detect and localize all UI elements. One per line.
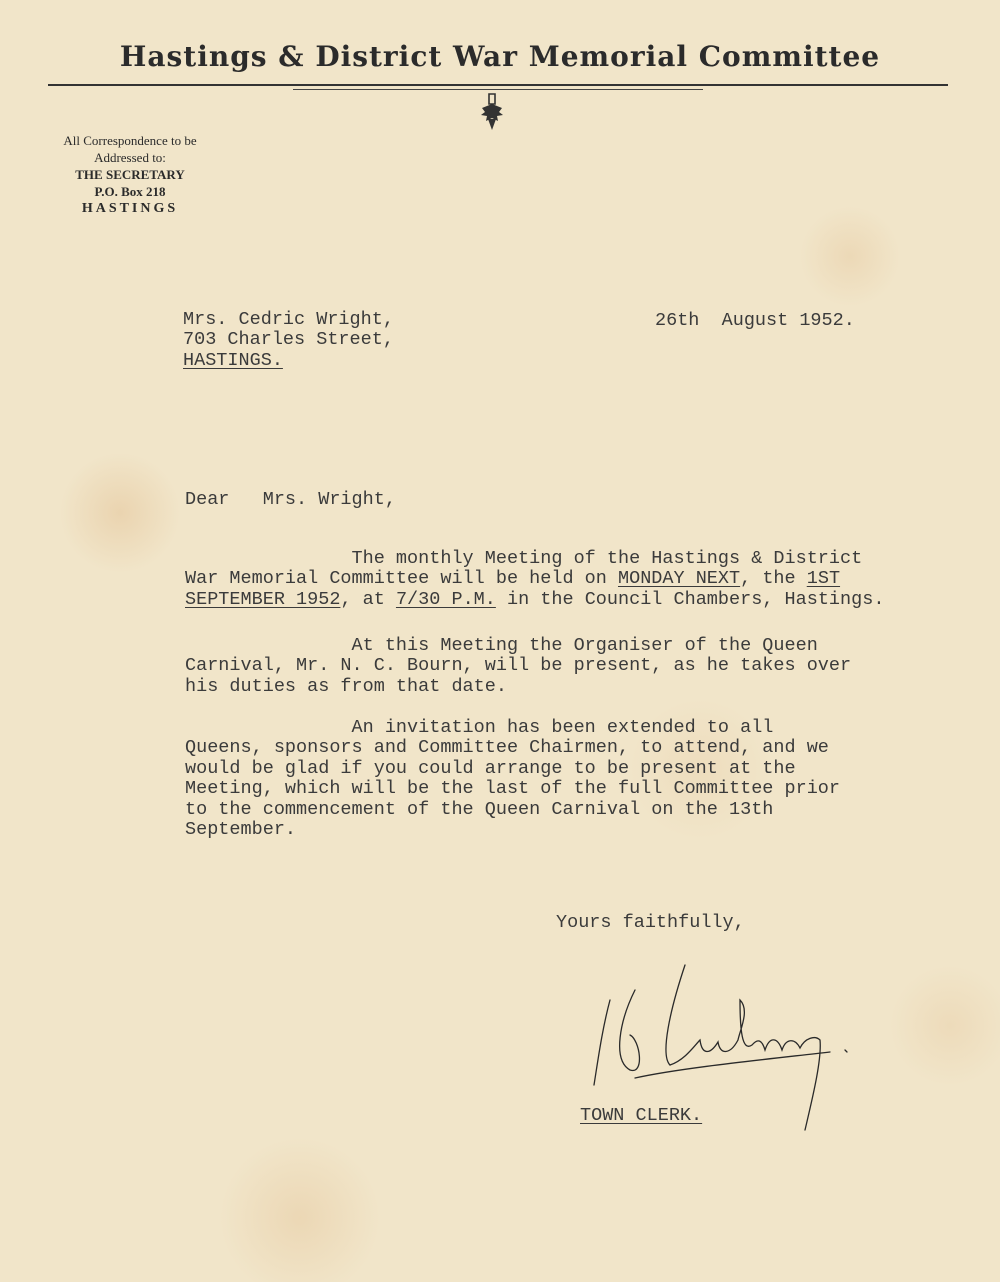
letterhead-rule-short xyxy=(293,89,703,90)
body-line: Meeting, which will be the last of the f… xyxy=(185,779,840,799)
meeting-date-month: SEPTEMBER 1952 xyxy=(185,589,340,610)
body-line: to the commencement of the Queen Carniva… xyxy=(185,800,840,820)
correspondence-line: Addressed to: xyxy=(30,149,230,166)
correspondence-line: All Correspondence to be xyxy=(30,132,230,149)
fleuron-emblem-icon xyxy=(480,92,504,132)
meeting-day: MONDAY NEXT xyxy=(618,568,740,589)
body-line: September. xyxy=(185,820,840,840)
recipient-name: Mrs. Cedric Wright, xyxy=(183,310,394,330)
body-line: The monthly Meeting of the Hastings & Di… xyxy=(185,549,884,569)
body-line: would be glad if you could arrange to be… xyxy=(185,759,840,779)
text: in the Council Chambers, Hastings. xyxy=(496,589,885,610)
body-line: War Memorial Committee will be held on M… xyxy=(185,569,884,589)
text: , at xyxy=(340,589,396,610)
body-line: An invitation has been extended to all xyxy=(185,718,840,738)
correspondence-secretary: THE SECRETARY xyxy=(30,166,230,183)
correspondence-block: All Correspondence to be Addressed to: T… xyxy=(30,132,230,217)
correspondence-city: HASTINGS xyxy=(30,200,230,217)
body-line: At this Meeting the Organiser of the Que… xyxy=(185,636,851,656)
closing: Yours faithfully, xyxy=(556,913,745,933)
body-line: Carnival, Mr. N. C. Bourn, will be prese… xyxy=(185,656,851,676)
recipient-address: Mrs. Cedric Wright,703 Charles Street,HA… xyxy=(183,310,394,371)
body-paragraph-1: The monthly Meeting of the Hastings & Di… xyxy=(185,549,884,610)
text: , the xyxy=(740,568,807,589)
letterhead-title: Hastings & District War Memorial Committ… xyxy=(0,40,1000,73)
salutation: Dear Mrs. Wright, xyxy=(185,490,396,510)
body-line: his duties as from that date. xyxy=(185,677,851,697)
meeting-date-day: 1ST xyxy=(807,568,840,589)
letterhead-rule xyxy=(48,84,948,86)
recipient-street: 703 Charles Street, xyxy=(183,330,394,350)
body-paragraph-2: At this Meeting the Organiser of the Que… xyxy=(185,636,851,697)
signer-title: TOWN CLERK. xyxy=(580,1106,702,1126)
body-line: SEPTEMBER 1952, at 7/30 P.M. in the Coun… xyxy=(185,590,884,610)
body-paragraph-3: An invitation has been extended to allQu… xyxy=(185,718,840,840)
text: War Memorial Committee will be held on xyxy=(185,568,618,589)
body-line: Queens, sponsors and Committee Chairmen,… xyxy=(185,738,840,758)
recipient-city: HASTINGS. xyxy=(183,351,394,371)
letter-date: 26th August 1952. xyxy=(655,311,855,331)
meeting-time: 7/30 P.M. xyxy=(396,589,496,610)
correspondence-po-box: P.O. Box 218 xyxy=(30,183,230,200)
